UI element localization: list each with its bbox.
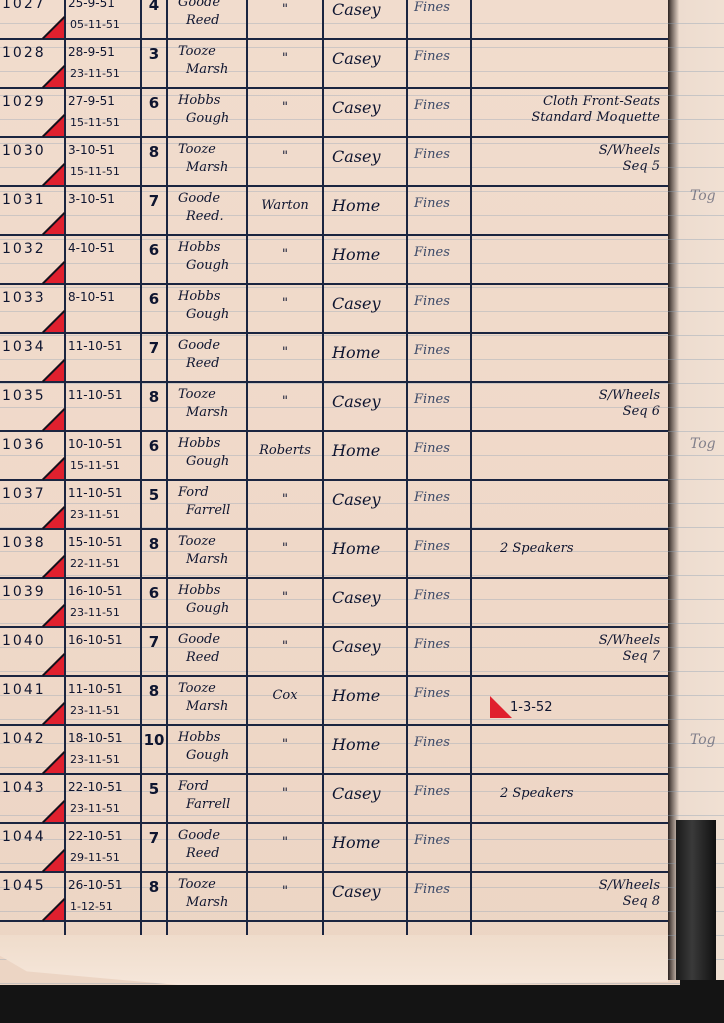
crew-name: Hobbs	[178, 288, 256, 306]
dates-cell: 11-10-51 23-11-51	[64, 676, 144, 725]
crew-name: Marsh	[178, 551, 256, 569]
table-row: 1027 25-9-51 05-11-51 4 Goode Reed " Cas…	[0, 0, 668, 39]
date-in: 22-10-51	[68, 780, 122, 794]
date-in: 16-10-51	[68, 633, 122, 647]
crew-name: Tooze	[178, 533, 256, 551]
date-out: 23-11-51	[70, 802, 120, 815]
date-out: 15-11-51	[70, 165, 120, 178]
table-row: 1036 10-10-51 15-11-51 6 Hobbs Gough Rob…	[0, 431, 668, 480]
crew-name: Tooze	[178, 680, 256, 698]
crew-name: Reed	[178, 845, 256, 863]
crew-name: Goode	[178, 0, 256, 12]
crew-cell: Hobbs Gough	[168, 578, 256, 631]
crew-cell: Tooze Marsh	[168, 382, 256, 435]
red-flag-marker	[42, 849, 64, 871]
crew-name: Goode	[178, 631, 256, 649]
crew-name: Tooze	[178, 876, 256, 894]
count-cell: 5	[142, 774, 166, 829]
crew-name: Marsh	[178, 159, 256, 177]
red-flag-marker	[42, 800, 64, 822]
red-flag-marker	[42, 457, 64, 479]
red-flag-marker	[42, 16, 64, 38]
date-out: 23-11-51	[70, 606, 120, 619]
table-row: 1037 11-10-51 23-11-51 5 Ford Farrell " …	[0, 480, 668, 529]
crew-cell: Hobbs Gough	[168, 88, 256, 141]
table-row: 1028 28-9-51 23-11-51 3 Tooze Marsh " Ca…	[0, 39, 668, 88]
crew-cell: Goode Reed	[168, 823, 256, 876]
count-cell: 7	[142, 186, 166, 241]
crew-cell: Hobbs Gough	[168, 431, 256, 484]
ledger-page: 1027 25-9-51 05-11-51 4 Goode Reed " Cas…	[0, 0, 680, 985]
crew-cell: Tooze Marsh	[168, 872, 256, 925]
crew-name: Hobbs	[178, 92, 256, 110]
date-out: 23-11-51	[70, 67, 120, 80]
dates-cell: 11-10-51 23-11-51	[64, 480, 144, 529]
red-flag-marker	[42, 898, 64, 920]
crew-cell: Tooze Marsh	[168, 137, 256, 190]
table-row: 1033 8-10-51 6 Hobbs Gough " Casey Fines	[0, 284, 668, 333]
count-cell: 8	[142, 676, 166, 731]
count-cell: 8	[142, 529, 166, 584]
crew-name: Gough	[178, 110, 256, 128]
dates-cell: 4-10-51	[64, 235, 144, 284]
remark-line: S/Wheels	[472, 143, 660, 159]
dates-cell: 22-10-51 29-11-51	[64, 823, 144, 872]
crew-cell: Tooze Marsh	[168, 39, 256, 92]
remark-line: S/Wheels	[472, 878, 660, 894]
count-cell: 6	[142, 235, 166, 290]
facing-page-text: Tog	[690, 732, 716, 748]
date-in: 10-10-51	[68, 437, 122, 451]
red-flag-marker	[42, 310, 64, 332]
remark-text: 2 Speakers	[500, 541, 574, 556]
crew-name: Ford	[178, 778, 256, 796]
remarks-cell: 1-3-52	[472, 676, 668, 725]
table-row: 1032 4-10-51 6 Hobbs Gough " Home Fines	[0, 235, 668, 284]
crew-cell: Ford Farrell	[168, 480, 256, 533]
remark-text: 2 Speakers	[500, 786, 574, 801]
count-cell: 7	[142, 333, 166, 388]
date-in: 16-10-51	[68, 584, 122, 598]
dates-cell: 27-9-51 15-11-51	[64, 88, 144, 137]
folded-page-corner	[0, 935, 668, 985]
table-row: 1031 3-10-51 7 Goode Reed. Warton Home F…	[0, 186, 668, 235]
table-row: 1041 11-10-51 23-11-51 8 Tooze Marsh Cox…	[0, 676, 668, 725]
date-in: 11-10-51	[68, 339, 122, 353]
dates-cell: 22-10-51 23-11-51	[64, 774, 144, 823]
date-in: 28-9-51	[68, 45, 115, 59]
crew-name: Reed	[178, 12, 256, 30]
dates-cell: 11-10-51	[64, 333, 144, 382]
remarks-cell: S/WheelsSeq 7	[472, 627, 668, 676]
ledger-table: 1027 25-9-51 05-11-51 4 Goode Reed " Cas…	[0, 0, 670, 935]
red-flag-marker	[42, 751, 64, 773]
crew-name: Goode	[178, 827, 256, 845]
facing-page-text: Tog	[690, 436, 716, 452]
crew-name: Ford	[178, 484, 256, 502]
crew-name: Farrell	[178, 502, 256, 520]
dates-cell: 10-10-51 15-11-51	[64, 431, 144, 480]
table-row: 1035 11-10-51 8 Tooze Marsh " Casey Fine…	[0, 382, 668, 431]
count-cell: 8	[142, 137, 166, 192]
date-out: 23-11-51	[70, 704, 120, 717]
dates-cell: 16-10-51 23-11-51	[64, 578, 144, 627]
date-out: 05-11-51	[70, 18, 120, 31]
table-row: 1040 16-10-51 7 Goode Reed " Casey Fines…	[0, 627, 668, 676]
crew-name: Marsh	[178, 698, 256, 716]
remarks-cell: 2 Speakers	[472, 774, 668, 823]
table-row: 1039 16-10-51 23-11-51 6 Hobbs Gough " C…	[0, 578, 668, 627]
date-in: 18-10-51	[68, 731, 122, 745]
date-out: 23-11-51	[70, 508, 120, 521]
crew-name: Farrell	[178, 796, 256, 814]
red-flag-marker	[42, 506, 64, 528]
date-in: 25-9-51	[68, 0, 115, 10]
remark-line: Cloth Front-Seats	[472, 94, 660, 110]
red-flag-marker	[42, 163, 64, 185]
crew-name: Marsh	[178, 61, 256, 79]
red-flag-marker	[490, 696, 512, 718]
remark-line: Seq 5	[472, 159, 660, 175]
date-out: 15-11-51	[70, 116, 120, 129]
remark-line: S/Wheels	[472, 633, 660, 649]
crew-name: Reed	[178, 355, 256, 373]
crew-name: Hobbs	[178, 582, 256, 600]
destination-cell: Casey	[324, 872, 414, 931]
count-cell: 8	[142, 872, 166, 927]
date-in: 11-10-51	[68, 486, 122, 500]
table-row: 1034 11-10-51 7 Goode Reed " Home Fines	[0, 333, 668, 382]
red-flag-marker	[42, 604, 64, 626]
red-flag-marker	[42, 114, 64, 136]
binding-shadow	[676, 820, 716, 980]
red-flag-marker	[42, 702, 64, 724]
crew-name: Tooze	[178, 43, 256, 61]
remark-line: Seq 7	[472, 649, 660, 665]
red-flag-marker	[42, 555, 64, 577]
date-out: 23-11-51	[70, 753, 120, 766]
crew-cell: Hobbs Gough	[168, 725, 256, 778]
trim-cell: Fines	[408, 872, 476, 931]
crew-name: Tooze	[178, 386, 256, 404]
crew-cell: Goode Reed	[168, 0, 256, 43]
crew-name: Marsh	[178, 894, 256, 912]
count-cell: 6	[142, 284, 166, 339]
date-in: 11-10-51	[68, 388, 122, 402]
remark-line: Standard Moquette	[472, 110, 660, 126]
remarks-cell: S/WheelsSeq 8	[472, 872, 668, 921]
date-out: 22-11-51	[70, 557, 120, 570]
count-cell: 8	[142, 382, 166, 437]
remarks-cell: S/WheelsSeq 6	[472, 382, 668, 431]
remarks-cell: Cloth Front-SeatsStandard Moquette	[472, 88, 668, 137]
remarks-cell: S/WheelsSeq 5	[472, 137, 668, 186]
crew-cell: Hobbs Gough	[168, 235, 256, 288]
remark-line: Seq 8	[472, 894, 660, 910]
table-row: 1045 26-10-51 1-12-51 8 Tooze Marsh " Ca…	[0, 872, 668, 921]
agent-cell: "	[248, 872, 322, 933]
dates-cell: 3-10-51	[64, 186, 144, 235]
crew-name: Gough	[178, 257, 256, 275]
date-out: 15-11-51	[70, 459, 120, 472]
red-flag-marker	[42, 65, 64, 87]
count-cell: 10	[142, 725, 166, 780]
date-in: 26-10-51	[68, 878, 122, 892]
count-cell: 3	[142, 39, 166, 94]
table-row: 1043 22-10-51 23-11-51 5 Ford Farrell " …	[0, 774, 668, 823]
date-in: 3-10-51	[68, 143, 115, 157]
crew-name: Reed.	[178, 208, 256, 226]
table-row: 1044 22-10-51 29-11-51 7 Goode Reed " Ho…	[0, 823, 668, 872]
crew-cell: Tooze Marsh	[168, 529, 256, 582]
count-cell: 5	[142, 480, 166, 535]
dates-cell: 3-10-51 15-11-51	[64, 137, 144, 186]
count-cell: 6	[142, 88, 166, 143]
remark-line: S/Wheels	[472, 388, 660, 404]
crew-name: Hobbs	[178, 729, 256, 747]
date-out: 29-11-51	[70, 851, 120, 864]
date-in: 15-10-51	[68, 535, 122, 549]
table-row: 1038 15-10-51 22-11-51 8 Tooze Marsh " H…	[0, 529, 668, 578]
count-cell: 6	[142, 431, 166, 486]
crew-name: Goode	[178, 190, 256, 208]
dates-cell: 18-10-51 23-11-51	[64, 725, 144, 774]
crew-cell: Goode Reed	[168, 627, 256, 680]
date-in: 3-10-51	[68, 192, 115, 206]
count-cell: 7	[142, 823, 166, 878]
remark-date: 1-3-52	[510, 700, 552, 716]
crew-name: Hobbs	[178, 435, 256, 453]
table-row: 1029 27-9-51 15-11-51 6 Hobbs Gough " Ca…	[0, 88, 668, 137]
crew-cell: Goode Reed	[168, 333, 256, 386]
remarks-cell: 2 Speakers	[472, 529, 668, 578]
dates-cell: 16-10-51	[64, 627, 144, 676]
dates-cell: 28-9-51 23-11-51	[64, 39, 144, 88]
crew-name: Gough	[178, 453, 256, 471]
dates-cell: 25-9-51 05-11-51	[64, 0, 144, 39]
crew-name: Gough	[178, 747, 256, 765]
dates-cell: 8-10-51	[64, 284, 144, 333]
facing-page-text: Tog	[690, 188, 716, 204]
crew-cell: Goode Reed.	[168, 186, 256, 239]
crew-name: Marsh	[178, 404, 256, 422]
dates-cell: 11-10-51	[64, 382, 144, 431]
table-row: 1030 3-10-51 15-11-51 8 Tooze Marsh " Ca…	[0, 137, 668, 186]
count-cell: 7	[142, 627, 166, 682]
red-flag-marker	[42, 261, 64, 283]
red-flag-marker	[42, 212, 64, 234]
count-cell: 6	[142, 578, 166, 633]
crew-cell: Ford Farrell	[168, 774, 256, 827]
red-flag-marker	[42, 359, 64, 381]
date-in: 4-10-51	[68, 241, 115, 255]
crew-name: Tooze	[178, 141, 256, 159]
date-in: 22-10-51	[68, 829, 122, 843]
crew-name: Gough	[178, 600, 256, 618]
date-in: 8-10-51	[68, 290, 115, 304]
crew-name: Hobbs	[178, 239, 256, 257]
dates-cell: 15-10-51 22-11-51	[64, 529, 144, 578]
crew-cell: Hobbs Gough	[168, 284, 256, 337]
date-out: 1-12-51	[70, 900, 113, 913]
date-in: 27-9-51	[68, 94, 115, 108]
crew-name: Goode	[178, 337, 256, 355]
date-in: 11-10-51	[68, 682, 122, 696]
crew-cell: Tooze Marsh	[168, 676, 256, 729]
crew-name: Gough	[178, 306, 256, 324]
crew-name: Reed	[178, 649, 256, 667]
dates-cell: 26-10-51 1-12-51	[64, 872, 144, 921]
table-row: 1042 18-10-51 23-11-51 10 Hobbs Gough " …	[0, 725, 668, 774]
red-flag-marker	[42, 408, 64, 430]
red-flag-marker	[42, 653, 64, 675]
remark-line: Seq 6	[472, 404, 660, 420]
